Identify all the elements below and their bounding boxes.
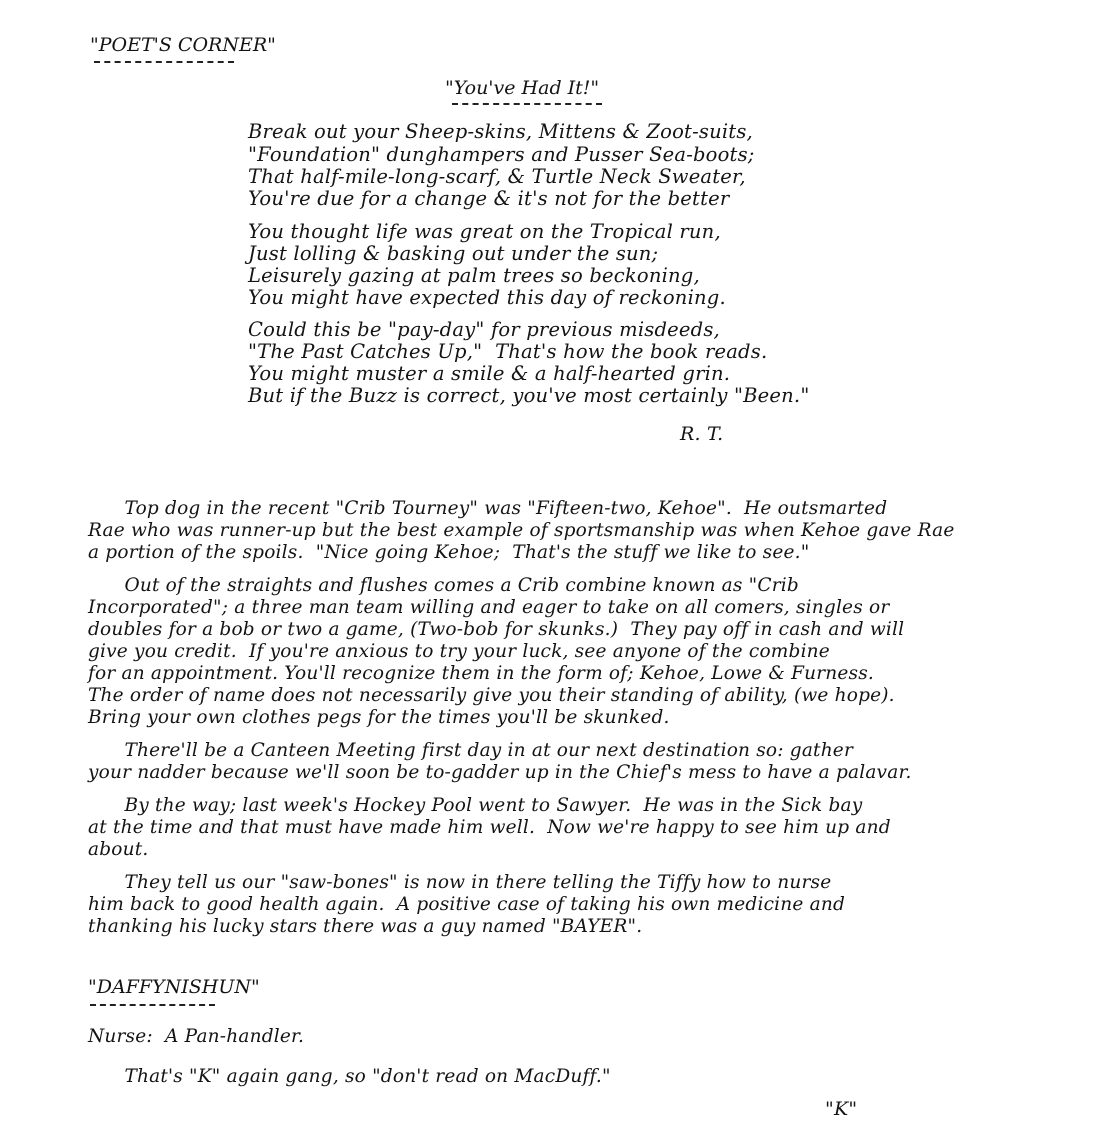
poem-line: You might have expected this day of reck… (248, 288, 726, 308)
text-line: Top dog in the recent "Crib Tourney" was… (88, 500, 887, 519)
poem-title-underline (452, 103, 602, 105)
poets-corner-heading: "POET'S CORNER" (90, 36, 276, 55)
text-line: The order of name does not necessarily g… (88, 687, 895, 706)
poem-line: But if the Buzz is correct, you've most … (248, 386, 810, 406)
poem-line: That half-mile-long-scarf, & Turtle Neck… (248, 167, 746, 187)
text-line: There'll be a Canteen Meeting first day … (88, 742, 853, 761)
text-line: Out of the straights and flushes comes a… (88, 577, 799, 596)
text-line: give you credit. If you're anxious to tr… (88, 643, 830, 662)
text-line: Rae who was runner-up but the best examp… (88, 522, 955, 541)
text-line: for an appointment. You'll recognize the… (88, 665, 874, 684)
daffynishun-heading: "DAFFYNISHUN" (88, 978, 260, 997)
text-line: They tell us our "saw-bones" is now in t… (88, 874, 831, 893)
poem-signature: R. T. (680, 425, 723, 444)
text-line: him back to good health again. A positiv… (88, 896, 845, 915)
text-line: doubles for a bob or two a game, (Two-bo… (88, 621, 904, 640)
definition: Nurse: A Pan-handler. (88, 1028, 304, 1047)
poem-line: Break out your Sheep-skins, Mittens & Zo… (248, 122, 753, 142)
text-line: your nadder because we'll soon be to-gad… (88, 764, 912, 783)
poem-title: "You've Had It!" (445, 79, 599, 98)
poem-line: "Foundation" dunghampers and Pusser Sea-… (248, 145, 755, 165)
daffynishun-underline (90, 1004, 215, 1006)
text-line: Incorporated"; a three man team willing … (88, 599, 889, 618)
heading-underline (94, 61, 234, 63)
closing-line: That's "K" again gang, so "don't read on… (88, 1068, 611, 1087)
text-line: Bring your own clothes pegs for the time… (88, 709, 670, 728)
poem-line: Just lolling & basking out under the sun… (248, 244, 658, 264)
text-line: thanking his lucky stars there was a guy… (88, 918, 642, 937)
text-line: about. (88, 841, 148, 860)
poem-line: You're due for a change & it's not for t… (248, 189, 729, 209)
poem-line: You thought life was great on the Tropic… (248, 222, 721, 242)
text-line: By the way; last week's Hockey Pool went… (88, 797, 862, 816)
poem-line: "The Past Catches Up," That's how the bo… (248, 342, 767, 362)
poem-line: You might muster a smile & a half-hearte… (248, 364, 730, 384)
text-line: a portion of the spoils. "Nice going Keh… (88, 544, 809, 563)
text-line: at the time and that must have made him … (88, 819, 891, 838)
poem-line: Leisurely gazing at palm trees so beckon… (248, 266, 700, 286)
poem-line: Could this be "pay-day" for previous mis… (248, 320, 720, 340)
closing-signature: "K" (825, 1100, 857, 1119)
